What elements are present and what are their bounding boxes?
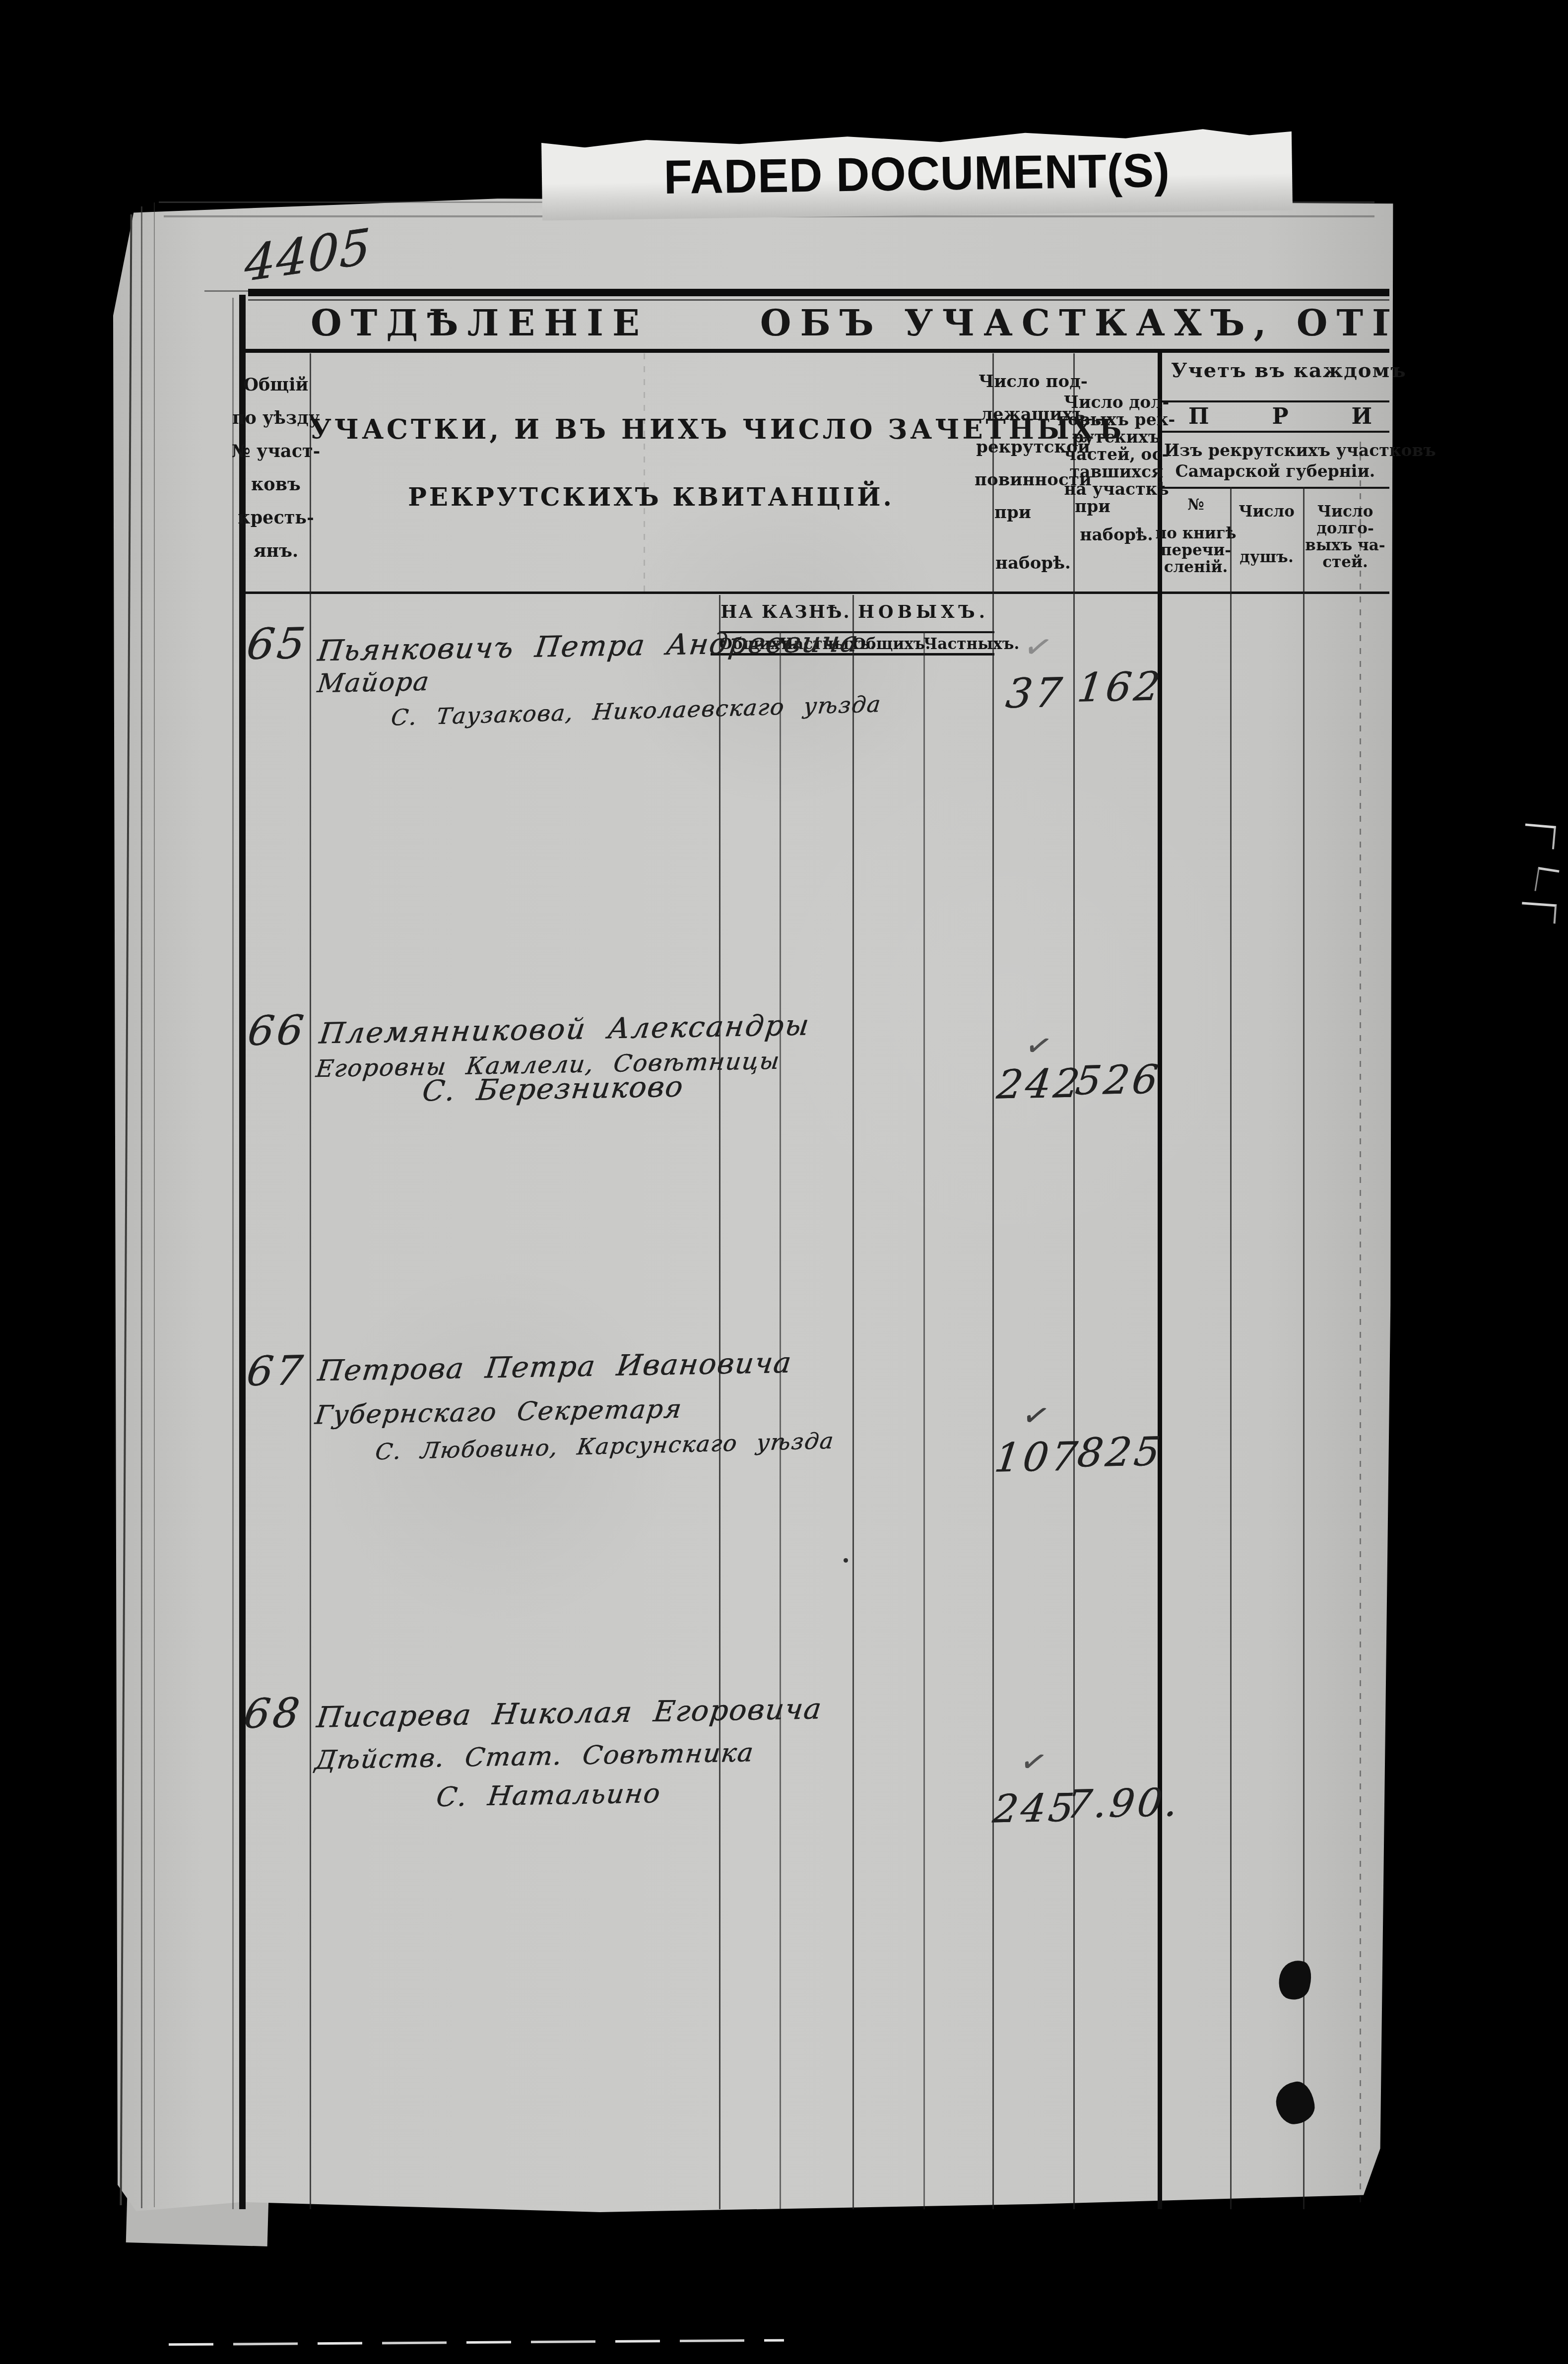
header-line: по уѣзду [232,401,320,435]
header-line: при [1075,498,1111,515]
header-pri: П Р И [1188,404,1372,429]
table-line [1073,353,1075,2209]
scanned-document-photo: FADED DOCUMENT(S) 4405 ОТДѢЛЕНІЕ ОБЪ УЧА… [0,0,1568,2364]
header-uchet: Учетъ въ каждомъ [1171,359,1389,382]
header-line: долго- [1316,520,1374,537]
header-col-dolgovyh: Число дол- говыхъ рек- рутскихъ частей, … [1075,394,1158,543]
row-locality: С. Натальино [435,1777,663,1813]
section-title-word2: ОБЪ УЧАСТКАХЪ, ОТПРАВ [760,302,1389,347]
value-dolgovyh: 162 [1075,663,1166,711]
table-line [923,631,925,2209]
header-line: Число [1317,503,1373,520]
film-edge-artifact [1534,867,1559,894]
header-line: № [1187,496,1204,513]
value-dolgovyh: 825 [1075,1429,1166,1476]
ink-speck [844,1558,848,1563]
header-line: ковъ [251,468,301,501]
faded-documents-slip: FADED DOCUMENT(S) [541,128,1293,220]
table-rule [248,289,1389,296]
header-line: говыхъ рек- [1058,411,1175,428]
table-line [992,353,994,2209]
header-line: янъ. [254,534,299,568]
table-rule [1162,431,1389,433]
table-line-heavy [1158,350,1162,2209]
header-iz-line2: Самарской губерніи. [1164,461,1386,481]
faded-documents-label: FADED DOCUMENT(S) [663,143,1171,205]
header-line: при [994,496,1031,529]
sheet-edge-line [141,206,142,2208]
value-podlezhashchih: 37 [1003,669,1067,718]
section-title-word1: ОТДѢЛЕНІЕ [311,302,649,347]
subheader-na-kazne: НА КАЗНѢ. [719,602,852,622]
subheader-novyh: НОВЫХЪ. [852,602,994,622]
value-dolgovyh: 526 [1073,1056,1164,1104]
paper-crease-line [644,353,645,591]
table-line [1230,487,1232,2209]
header-line: сленій. [1164,559,1228,576]
value-podlezhashchih: 107 [992,1434,1083,1481]
table-line [719,595,720,2209]
row-number: 68 [241,1690,305,1738]
header-line: тавшихся [1070,463,1164,480]
table-line [852,595,854,2209]
header-line: Общій [244,368,309,401]
row-number: 65 [244,619,311,669]
header-line: № участ- [232,435,320,468]
header-col-uchastki-line2: РЕКРУТСКИХЪ КВИТАНЦІЙ. [310,482,992,512]
film-scratch [169,2339,784,2346]
header-sub-kniga: № по книгѣ перечи- сленій. [1162,496,1230,576]
header-col-podlezhashchih: Число под- лежащихъ рекрутской повинност… [994,365,1072,580]
value-dolgovyh: 7.90. [1064,1780,1183,1827]
header-line: перечи- [1161,542,1231,559]
header-sub-dushi: Число душъ. [1230,503,1303,566]
header-iz-line1: Изъ рекрутскихъ участковъ [1164,441,1386,460]
header-line: выхъ ча- [1305,537,1385,554]
sheet-edge-line [154,202,155,2207]
subheader-chastnyh-2: Частныхъ. [923,635,994,653]
table-line [232,298,234,2209]
table-rule [241,349,1389,353]
subheader-obshchih-2: Общихъ. [852,635,923,653]
header-line: на участкѣ [1064,480,1169,498]
row-locality: С. Березниково [420,1069,686,1108]
row-number: 67 [244,1347,308,1395]
value-podlezhashchih: 242 [994,1060,1085,1108]
table-rule [241,591,1389,594]
header-pri-letter: Р [1272,404,1288,429]
row-owner-rank: Майора [316,667,431,699]
film-edge-artifact [1521,902,1557,924]
film-edge-artifact [1523,823,1556,849]
header-col-uchastki-line1: УЧАСТКИ, И ВЪ НИХЪ ЧИСЛО ЗАЧЕТНЫХЪ [310,413,992,445]
table-rule [248,299,1389,301]
header-line: Число [1239,503,1295,520]
header-pri-letter: П [1188,404,1209,429]
header-line: кресть- [238,501,314,534]
header-line: наборѣ. [995,547,1071,580]
header-line: Число дол- [1064,394,1169,411]
header-line: стей. [1322,554,1368,571]
table-rule [1162,400,1389,402]
torn-edge [538,123,1311,150]
header-line: рутскихъ [1072,428,1161,446]
table-border-left [239,295,246,2209]
header-line: по книгѣ [1155,525,1236,542]
header-pri-letter: И [1351,404,1372,429]
table-line [310,353,311,2209]
header-line: наборѣ. [1080,526,1153,543]
table-line [780,631,781,2209]
header-col-uezd-number: Общій по уѣзду № участ- ковъ кресть- янъ… [244,368,308,568]
table-line [1303,487,1305,2209]
row-number: 66 [245,1007,309,1055]
header-line: душъ. [1240,549,1293,566]
header-line: частей, ос- [1064,446,1169,463]
header-sub-chasti: Число долго- выхъ ча- стей. [1303,503,1387,571]
table-rule [1162,487,1389,489]
section-title: ОТДѢЛЕНІЕ ОБЪ УЧАСТКАХЪ, ОТПРАВ [311,302,1389,347]
table-line-dashed [1360,442,1361,2208]
